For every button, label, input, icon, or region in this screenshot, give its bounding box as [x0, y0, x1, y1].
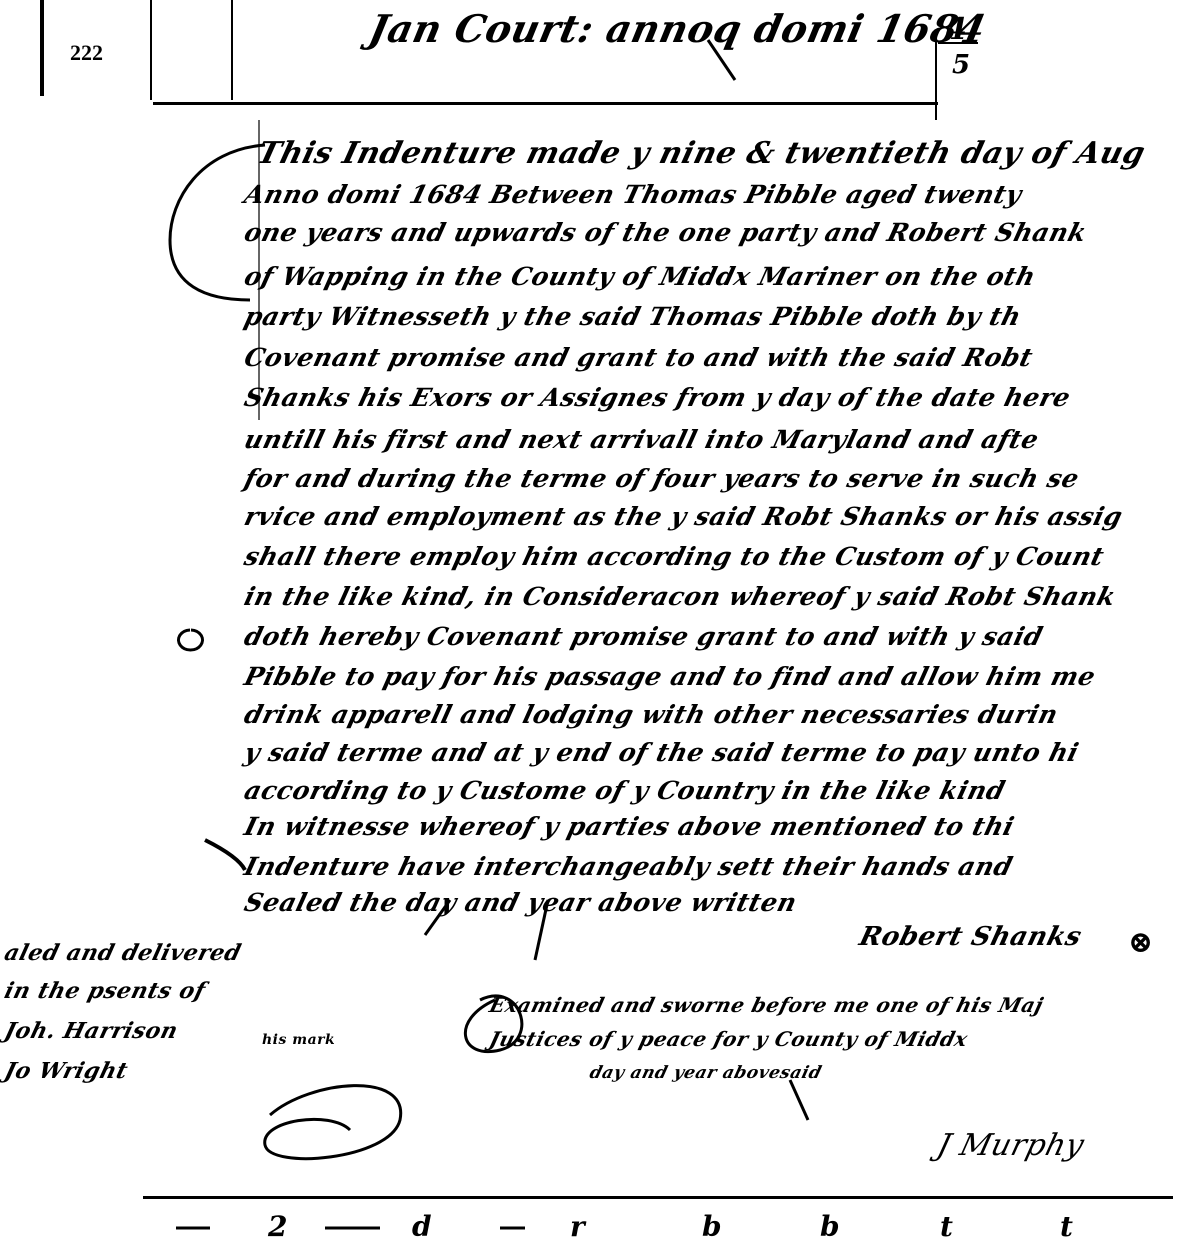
body-stroke-2 [535, 900, 548, 960]
initial-t-flourish [170, 145, 265, 300]
signature-ack-stroke [790, 1080, 808, 1120]
body-stroke-1 [425, 900, 450, 935]
paraph-flourish [265, 1086, 401, 1159]
header-underline-stroke [708, 40, 735, 80]
manuscript-page: 222 Jan Court: annoq domi 1684 4 5 This … [0, 0, 1183, 1254]
acknowledgement-flourish [465, 996, 521, 1052]
oval-margin-mark [179, 630, 203, 650]
witness-bracket-flourish [205, 840, 245, 870]
flourish-overlay [0, 0, 1183, 1254]
